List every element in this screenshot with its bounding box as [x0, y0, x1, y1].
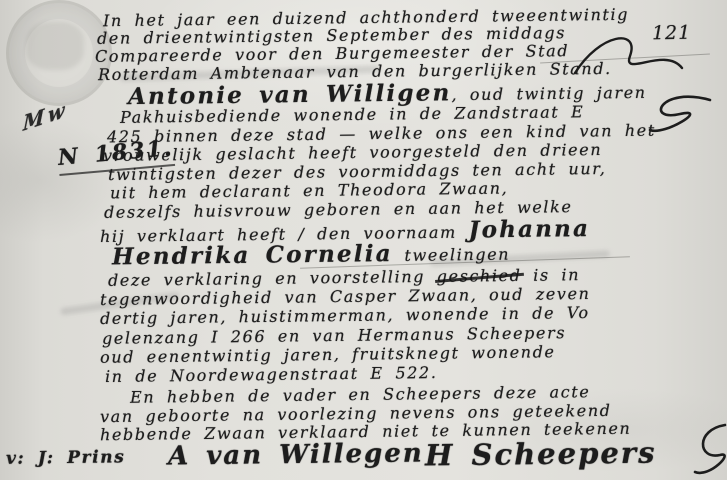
father-name-rest: , oud twintig jaren [451, 83, 646, 104]
child-name: Hendrika Cornelia [112, 240, 393, 270]
struck-word: geschied [437, 266, 522, 286]
document-page: 121 Mw N 1831. In het jaar een duizend a… [0, 0, 727, 480]
signature-van-willegen: A van Willegen [168, 438, 424, 471]
manuscript-line-childname: Hendrika Cornelia tweelingen [112, 239, 510, 271]
embossed-stamp-core [26, 22, 84, 70]
ink-flourish [690, 420, 727, 480]
child-name-rest: tweelingen [393, 245, 511, 265]
signature-scheepers: H Scheepers [425, 436, 657, 473]
corrected-post: is in [521, 265, 580, 285]
manuscript-line: in de Noordewagenstraat E 522. [105, 363, 438, 386]
signature-prins: v: J: Prins [6, 447, 126, 468]
